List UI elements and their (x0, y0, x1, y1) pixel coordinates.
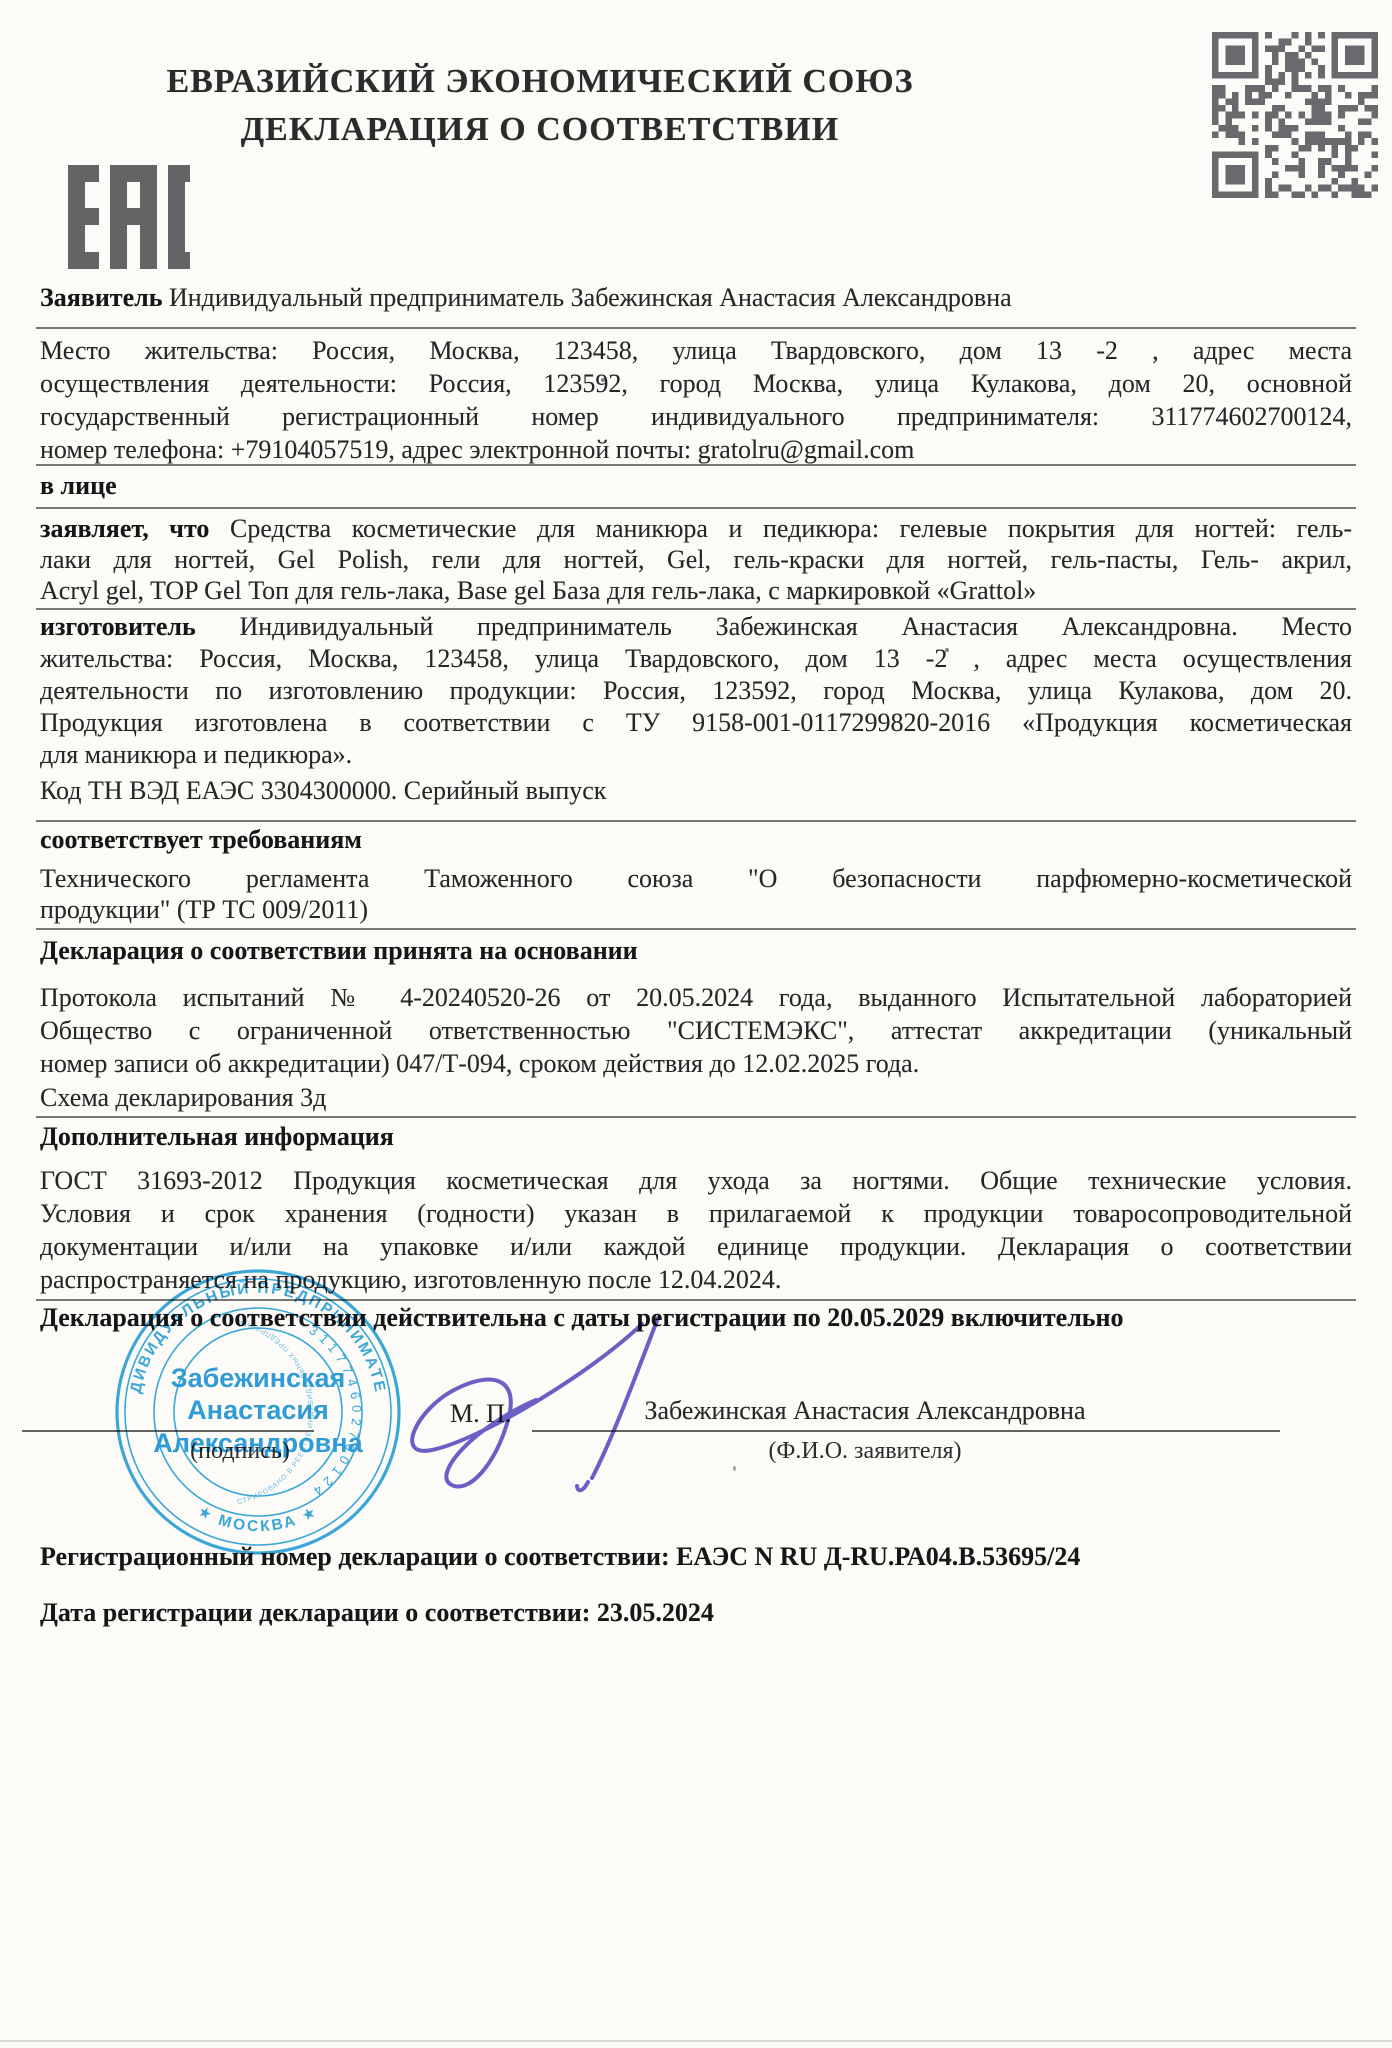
manufacturer-lines: жительства: Россия, Москва, 123458, улиц… (40, 643, 1352, 771)
eac-mark-icon (66, 165, 190, 269)
registration-date-line: Дата регистрации декларации о соответств… (40, 1596, 1352, 1629)
declares-label: заявляет, что (40, 514, 209, 543)
declaration-document: ЕВРАЗИЙСКИЙ ЭКОНОМИЧЕСКИЙ СОЮЗ ДЕКЛАРАЦИ… (0, 0, 1392, 2048)
in-person-line: в лице (40, 469, 1352, 502)
text-line: номер записи об аккредитации) 047/Т-094,… (40, 1047, 1352, 1080)
text-line: Acryl gel, TOP Gel Топ для гель-лака, Ba… (40, 575, 1352, 606)
title-line-1: ЕВРАЗИЙСКИЙ ЭКОНОМИЧЕСКИЙ СОЮЗ (40, 58, 1040, 106)
rule (36, 820, 1356, 822)
registration-number-value: ЕАЭС N RU Д-RU.РА04.В.53695/24 (676, 1542, 1080, 1571)
scan-artifact-line (0, 2040, 1392, 2042)
manufacturer-text: Индивидуальный предприниматель Забежинск… (196, 612, 1352, 641)
document-title: ЕВРАЗИЙСКИЙ ЭКОНОМИЧЕСКИЙ СОЮЗ ДЕКЛАРАЦИ… (40, 58, 1040, 154)
stamp-ring-bottom-text: ★ МОСКВА ★ (195, 1503, 322, 1536)
text-line: государственный регистрационный номер ин… (40, 400, 1352, 433)
applicant-value: Индивидуальный предприниматель Забежинск… (162, 283, 1011, 312)
rule (36, 327, 1356, 329)
applicant-line: Заявитель Индивидуальный предприниматель… (40, 281, 1352, 314)
manufacturer-section: изготовитель Индивидуальный предпринимат… (40, 611, 1352, 807)
text-line: Место жительства: Россия, Москва, 123458… (40, 334, 1352, 367)
rule (36, 608, 1356, 610)
basis-section: Декларация о соответствии принята на осн… (40, 934, 1352, 1114)
complies-lines: Технического регламента Таможенного союз… (40, 863, 1352, 925)
rule (36, 507, 1356, 509)
svg-text:★ МОСКВА ★: ★ МОСКВА ★ (195, 1503, 322, 1536)
text-line: ГОСТ 31693-2012 Продукция косметическая … (40, 1164, 1352, 1197)
registration-number-label: Регистрационный номер декларации о соотв… (40, 1542, 676, 1571)
complies-section: соответствует требованиям Технического р… (40, 823, 1352, 925)
text-line: номер телефона: +79104057519, адрес элек… (40, 433, 1352, 466)
text-line: лаки для ногтей, Gel Polish, гели для но… (40, 544, 1352, 575)
text-line: продукции" (ТР ТС 009/2011) (40, 894, 1352, 925)
manufacturer-label: изготовитель (40, 612, 196, 641)
complies-label: соответствует требованиям (40, 825, 362, 854)
text-line: жительства: Россия, Москва, 123458, улиц… (40, 643, 1352, 675)
rule (36, 1116, 1356, 1118)
rule (36, 928, 1356, 930)
additional-label: Дополнительная информация (40, 1122, 394, 1151)
in-person-label: в лице (40, 471, 117, 500)
text-line: Протокола испытаний № 4-20240520-26 от 2… (40, 981, 1352, 1014)
text-line: Общество с ограниченной ответственностью… (40, 1014, 1352, 1047)
applicant-details: Место жительства: Россия, Москва, 123458… (40, 334, 1352, 466)
basis-label: Декларация о соответствии принята на осн… (40, 936, 638, 965)
registration-date-value: 23.05.2024 (597, 1598, 714, 1627)
basis-lines: Протокола испытаний № 4-20240520-26 от 2… (40, 981, 1352, 1080)
registration-date-label: Дата регистрации декларации о соответств… (40, 1598, 597, 1627)
scan-speck (601, 378, 605, 382)
text-line: для маникюра и педикюра». (40, 739, 1352, 771)
applicant-label: Заявитель (40, 283, 162, 312)
stamp-name-line2: Анастасия (187, 1395, 328, 1425)
scheme-line: Схема декларирования 3д (40, 1081, 1352, 1114)
text-line: осуществления деятельности: Россия, 1235… (40, 367, 1352, 400)
rule (36, 464, 1356, 466)
declares-lines: лаки для ногтей, Gel Polish, гели для но… (40, 544, 1352, 606)
declares-section: заявляет, что Средства косметические для… (40, 513, 1352, 606)
tnved-line: Код ТН ВЭД ЕАЭС 3304300000. Серийный вып… (40, 775, 1352, 807)
declares-text: Средства косметические для маникюра и пе… (209, 514, 1352, 543)
scan-speck (733, 1466, 736, 1471)
registration-number-line: Регистрационный номер декларации о соотв… (40, 1540, 1352, 1573)
text-line: Продукция изготовлена в соответствии с Т… (40, 707, 1352, 739)
text-line: Условия и срок хранения (годности) указа… (40, 1197, 1352, 1230)
signature-ink (320, 1312, 680, 1512)
text-line: деятельности по изготовлению продукции: … (40, 675, 1352, 707)
qr-code (1212, 32, 1378, 198)
text-line: Технического регламента Таможенного союз… (40, 863, 1352, 894)
title-line-2: ДЕКЛАРАЦИЯ О СООТВЕТСТВИИ (40, 106, 1040, 154)
scan-speck (945, 648, 949, 652)
